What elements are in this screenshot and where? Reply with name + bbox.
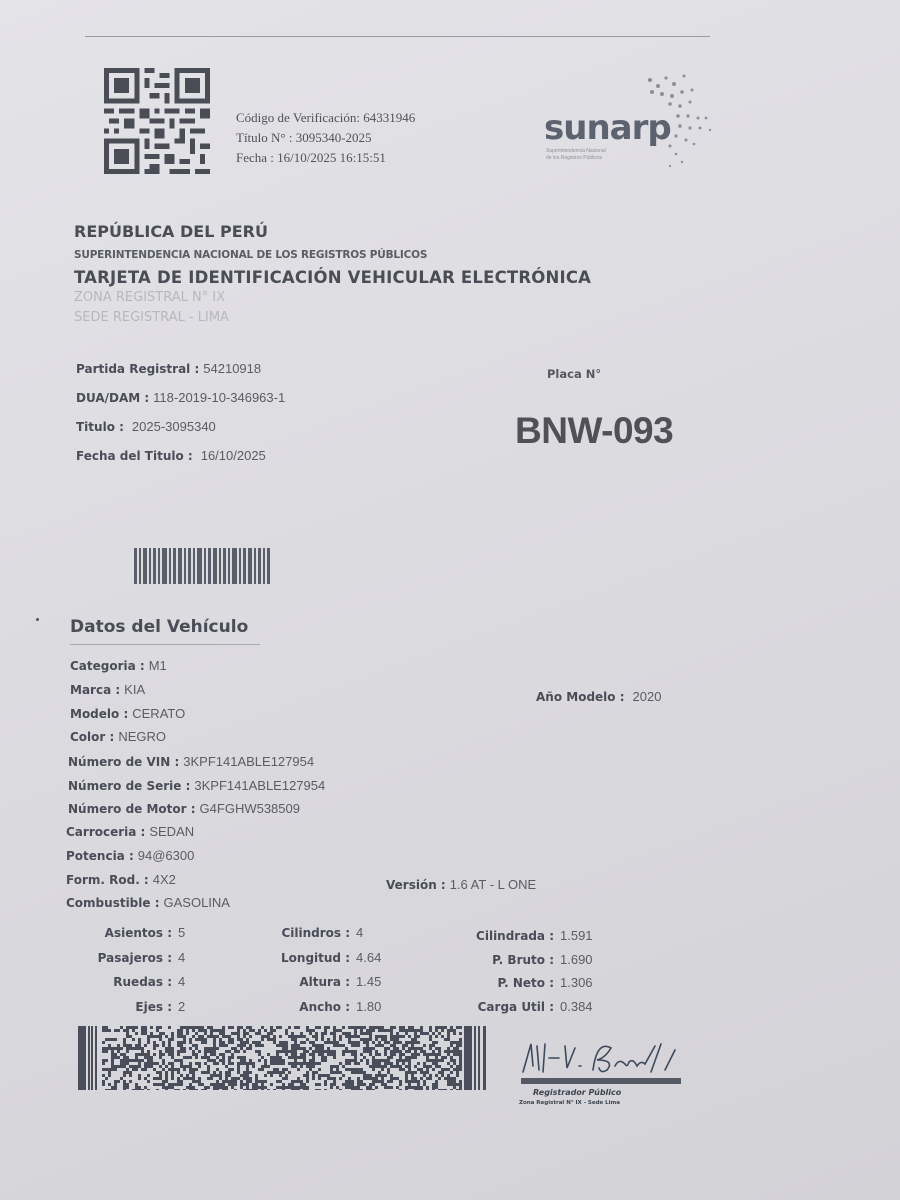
spec-pasajeros: Pasajeros :4 xyxy=(62,949,185,967)
spec-longitud: Longitud :4.64 xyxy=(230,949,381,967)
issue-date: Fecha : 16/10/2025 16:15:51 xyxy=(236,148,415,168)
titulo-field: Titulo :2025-3095340 xyxy=(76,418,216,436)
sunarp-logo: sunarp Superintendencia Nacional de los … xyxy=(540,70,740,180)
zone-block: ZONA REGISTRAL N° IX SEDE REGISTRAL - LI… xyxy=(74,288,229,328)
signer-zone: Zona Registral N° IX - Sede Lima xyxy=(519,1100,620,1106)
pdf417-barcode-icon xyxy=(78,1026,490,1090)
spec-ejes: Ejes :2 xyxy=(62,998,185,1016)
speck xyxy=(36,618,39,621)
title-number: Título N° : 3095340-2025 xyxy=(236,128,415,148)
registrar-signature: Registrador Público Zona Registral N° IX… xyxy=(515,1036,705,1116)
partida-field: Partida Registral :54210918 xyxy=(76,360,261,378)
serie-field: Número de Serie :3KPF141ABLE127954 xyxy=(68,777,325,795)
plate-label: Placa N° xyxy=(547,367,601,381)
vehicle-section-title: Datos del Vehículo xyxy=(70,617,248,637)
color-field: Color :NEGRO xyxy=(70,728,166,746)
logo-wordmark: sunarp xyxy=(544,108,671,148)
logo-subtitle: Superintendencia Nacional de los Registr… xyxy=(546,148,606,162)
top-rule xyxy=(85,36,710,37)
agency-title: SUPERINTENDENCIA NACIONAL DE LOS REGISTR… xyxy=(74,249,427,261)
signer-role: Registrador Público xyxy=(533,1088,621,1097)
country-title: REPÚBLICA DEL PERÚ xyxy=(74,222,268,241)
barcode-icon xyxy=(134,548,270,584)
zone-label: ZONA REGISTRAL N° IX xyxy=(74,288,229,308)
office-label: SEDE REGISTRAL - LIMA xyxy=(74,308,229,328)
vin-field: Número de VIN :3KPF141ABLE127954 xyxy=(68,753,314,771)
section-underline xyxy=(70,644,260,645)
verification-block: Código de Verificación: 64331946 Título … xyxy=(236,108,415,168)
spec-cilindros: Cilindros :4 xyxy=(230,924,363,942)
verification-code: Código de Verificación: 64331946 xyxy=(236,108,415,128)
modelo-field: Modelo :CERATO xyxy=(70,705,185,723)
potencia-field: Potencia :94@6300 xyxy=(66,847,194,865)
signature-icon xyxy=(515,1036,705,1080)
dua-field: DUA/DAM :118-2019-10-346963-1 xyxy=(76,389,285,407)
spec-cargautil: Carga Util :0.384 xyxy=(450,998,593,1016)
version-field: Versión :1.6 AT - L ONE xyxy=(386,876,536,894)
signer-name-bar xyxy=(521,1078,681,1084)
carroceria-field: Carroceria :SEDAN xyxy=(66,823,194,841)
spec-ruedas: Ruedas :4 xyxy=(62,973,185,991)
document-title: TARJETA DE IDENTIFICACIÓN VEHICULAR ELEC… xyxy=(74,268,591,287)
qr-code-icon xyxy=(104,68,210,174)
spec-asientos: Asientos :5 xyxy=(62,924,185,942)
categoria-field: Categoria :M1 xyxy=(70,657,167,675)
spec-pneto: P. Neto :1.306 xyxy=(450,974,593,992)
fecha-titulo-field: Fecha del Titulo :16/10/2025 xyxy=(76,447,266,465)
anio-modelo-field: Año Modelo :2020 xyxy=(536,688,661,706)
spec-pbruto: P. Bruto :1.690 xyxy=(450,951,593,969)
combustible-field: Combustible :GASOLINA xyxy=(66,894,230,912)
plate-number: BNW-093 xyxy=(515,410,673,452)
motor-field: Número de Motor :G4FGHW538509 xyxy=(68,800,300,818)
spec-cilindrada: Cilindrada :1.591 xyxy=(450,927,593,945)
marca-field: Marca :KIA xyxy=(70,681,145,699)
formrod-field: Form. Rod. :4X2 xyxy=(66,871,176,889)
spec-ancho: Ancho :1.80 xyxy=(230,998,381,1016)
spec-altura: Altura :1.45 xyxy=(230,973,381,991)
